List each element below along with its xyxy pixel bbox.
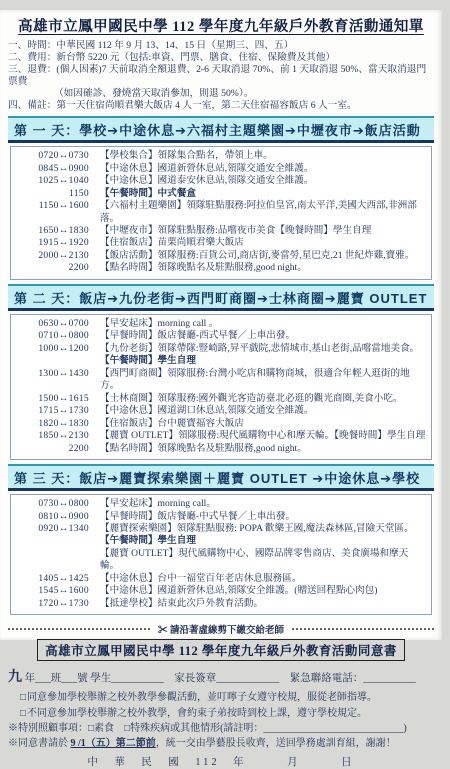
row-time: 1000↔1200 (11, 343, 89, 355)
schedule-row: 1915↔1920 【住宿飯店】苗栗尚順君樂大飯店 (11, 237, 427, 249)
row-description: 【抵達學校】結束此次戶外教育活動。 (100, 598, 427, 610)
schedule-row: 0720↔0730 【學校集合】領隊集合點名，帶領上車。 (11, 150, 427, 162)
general-notes: 一、時間：中華民國 112 年 9 月 13、14、15 日（星期三、四、五） … (8, 40, 434, 112)
schedule-row: 2200 【點名時間】領隊晚點名及駐點服務,good night。 (11, 262, 427, 274)
row-time: 1650↔1830 (11, 225, 89, 237)
note-line: （如因確診、發燒當天取消參加，則退 50%）。 (8, 88, 434, 100)
row-time: 0845↔0900 (11, 163, 89, 175)
schedule-row: 0810↔0900 【早餐時間】飯店餐廳-中式早餐／上車出發。 (11, 511, 427, 523)
row-time: 1820↔1830 (11, 418, 89, 430)
day-2-section: 第 二 天：飯店➔九份老街➔西門町商圈➔士林商圈➔麗寶 OUTLET 0630↔… (8, 284, 434, 460)
schedule-row: 2200 【點名時間】領隊晚點名及駐點服務,good night。 (11, 443, 427, 455)
row-description: 【早安起床】morning call。 (100, 498, 427, 510)
row-time: 1025↔1040 (11, 175, 89, 187)
schedule-row: 【麗寶 OUTLET】現代風購物中心、國際品牌零售商店、美食廣場和摩天輪。 (11, 548, 427, 573)
day-3-header: 第 三 天：飯店➔麗寶探索樂園＋麗寶 OUTLET ➔中途休息➔學校 (8, 464, 434, 491)
schedule-row: 【午餐時間】學生自理 (11, 355, 427, 367)
row-description: 【六福村主題樂園】領隊駐點服務:阿拉伯皇宮,南太平洋,美國大西部,非洲部落。 (100, 200, 427, 225)
row-description: 【麗寶探索樂園】領隊駐點服務: POPA 歡樂王國,魔法森林區,冒險天堂區。 (100, 523, 427, 535)
row-time: 2200 (11, 262, 89, 274)
schedule-row: 1545↔1600 【中途休息】國道新營休息站,領隊安全維護。(贈送回程點心肉包… (11, 585, 427, 597)
day-1-schedule: 0720↔0730 【學校集合】領隊集合點名，帶領上車。 0845↔0900 【… (10, 146, 432, 280)
row-time: 1300↔1430 (11, 368, 89, 393)
row-description: 【學校集合】領隊集合點名，帶領上車。 (100, 150, 427, 162)
row-description: 【中途休息】國道泰安休息站,領隊交通安全維護。 (100, 175, 427, 187)
row-description: 【中途休息】國道新營休息站,領隊交通安全維護。 (100, 163, 427, 175)
day-2-header: 第 二 天：飯店➔九份老街➔西門町商圈➔士林商圈➔麗寶 OUTLET (8, 284, 434, 311)
row-description: 【西門町商圈】領隊服務:台灣小吃店和購物商城，很適合年輕人逛街的地方。 (100, 368, 427, 393)
row-description: 【住宿飯店】台中麗寶福容大飯店 (100, 418, 427, 430)
row-description: 【住宿飯店】苗栗尚順君樂大飯店 (100, 237, 427, 249)
row-time: 0920↔1340 (11, 523, 89, 535)
schedule-row: 1025↔1040 【中途休息】國道泰安休息站,領隊交通安全維護。 (11, 175, 427, 187)
day-1-header: 第 一 天：學校➔中途休息➔六福村主題樂園➔中壢夜市➔飯店活動 (8, 116, 434, 143)
day-2-schedule: 0630↔0700 【早安起床】morning call 。 0710↔0800… (10, 314, 432, 460)
row-time (11, 548, 89, 573)
schedule-row: 1405↔1425 【中途休息】台中一福堂百年老店休息服務區。 (11, 573, 427, 585)
schedule-row: 1500↔1615 【士林商圈】領隊服務:國外觀光客造訪臺北必逛的觀光商圈,美食… (11, 393, 427, 405)
row-time: 1150↔1600 (11, 200, 89, 225)
cut-line-label: 請沿著虛線剪下繳交給老師 (170, 626, 284, 636)
row-description: 【中途休息】國道湖口休息站,領隊交通安全維護。 (100, 405, 427, 417)
schedule-row: 1850↔2130 【麗寶 OUTLET】領隊服務:現代風購物中心和摩天輪。【晚… (11, 430, 427, 442)
row-time: 0630↔0700 (11, 318, 89, 330)
row-description: 【早安起床】morning call 。 (100, 318, 427, 330)
row-description: 【早餐時間】飯店餐廳-西式早餐／上車出發。 (100, 330, 427, 342)
day-3-section: 第 三 天：飯店➔麗寶探索樂園＋麗寶 OUTLET ➔中途休息➔學校 0730↔… (8, 464, 434, 615)
schedule-row: 1650↔1830 【中壢夜市】領隊駐點服務:品嚐夜市美食【晚餐時間】學生自理 (11, 225, 427, 237)
day-3-schedule: 0730↔0800 【早安起床】morning call。 0810↔0900 … (10, 494, 432, 615)
schedule-row: 1150↔1600 【六福村主題樂園】領隊駐點服務:阿拉伯皇宮,南太平洋,美國大… (11, 200, 427, 225)
dotted-line (292, 628, 434, 630)
row-description: 【中途休息】台中一福堂百年老店休息服務區。 (100, 573, 427, 585)
row-description: 【點名時間】領隊晚點名及駐點服務,good night。 (100, 443, 427, 455)
schedule-row: 0630↔0700 【早安起床】morning call 。 (11, 318, 427, 330)
row-description: 【午餐時間】學生自理 (100, 535, 427, 547)
scissors-icon: ✂ (158, 626, 168, 636)
row-time: 2200 (11, 443, 89, 455)
row-time: 1405↔1425 (11, 573, 89, 585)
schedule-row: 0845↔0900 【中途休息】國道新營休息站,領隊交通安全維護。 (11, 163, 427, 175)
row-time (11, 355, 89, 367)
row-time: 1545↔1600 (11, 585, 89, 597)
row-time: 1715↔1730 (11, 405, 89, 417)
row-time: 1500↔1615 (11, 393, 89, 405)
row-time: 1150 (11, 188, 89, 200)
note-line: 二、費用：新台幣 5220 元（包括:車資、門票、膳食、住宿、保險費及其他） (8, 52, 434, 64)
schedule-row: 0710↔0800 【早餐時間】飯店餐廳-西式早餐／上車出發。 (11, 330, 427, 342)
row-time: 1915↔1920 (11, 237, 89, 249)
schedule-row: 2000↔2130 【飯店活動】領隊服務:百貨公司,商店街,麥當勞,星巴克,21… (11, 250, 427, 262)
schedule-row: 1000↔1200 【九份老街】領隊帶隊:豎崎路,昇平戲院,悲情城市,基山老街,… (11, 343, 427, 355)
cut-here-line: ✂ 請沿著虛線剪下繳交給老師 (8, 622, 434, 636)
row-time: 1850↔2130 (11, 430, 89, 442)
row-description: 【點名時間】領隊晚點名及駐點服務,good night。 (100, 262, 427, 274)
row-description: 【士林商圈】領隊服務:國外觀光客造訪臺北必逛的觀光商圈,美食小吃。 (100, 393, 427, 405)
row-time: 0710↔0800 (11, 330, 89, 342)
schedule-row: 1300↔1430 【西門町商圈】領隊服務:台灣小吃店和購物商城，很適合年輕人逛… (11, 368, 427, 393)
row-time: 0730↔0800 (11, 498, 89, 510)
row-description: 【飯店活動】領隊服務:百貨公司,商店街,麥當勞,星巴克,21 世紀炸雞,寶雅。 (100, 250, 427, 262)
schedule-row: 0920↔1340 【麗寶探索樂園】領隊駐點服務: POPA 歡樂王國,魔法森林… (11, 523, 427, 535)
schedule-row: 1715↔1730 【中途休息】國道湖口休息站,領隊交通安全維護。 (11, 405, 427, 417)
dotted-line (8, 628, 150, 630)
page-title: 高雄市立鳳甲國民中學 112 學年度九年級戶外教育活動通知單 (18, 15, 424, 36)
day-1-section: 第 一 天：學校➔中途休息➔六福村主題樂園➔中壢夜市➔飯店活動 0720↔073… (8, 116, 434, 280)
row-time: 1720↔1730 (11, 598, 89, 610)
row-description: 【中壢夜市】領隊駐點服務:品嚐夜市美食【晚餐時間】學生自理 (100, 225, 427, 237)
scanned-notice-document: 高雄市立鳳甲國民中學 112 學年度九年級戶外教育活動通知單 一、時間：中華民國… (0, 10, 442, 640)
row-time: 0720↔0730 (11, 150, 89, 162)
row-time: 2000↔2130 (11, 250, 89, 262)
row-description: 【午餐時間】學生自理 (100, 355, 427, 367)
row-description: 【麗寶 OUTLET】領隊服務:現代風購物中心和摩天輪。【晚餐時間】學生自理 (100, 430, 427, 442)
row-description: 【早餐時間】飯店餐廳-中式早餐／上車出發。 (100, 511, 427, 523)
row-time (11, 535, 89, 547)
schedule-row: 0730↔0800 【早安起床】morning call。 (11, 498, 427, 510)
schedule-row: 1150 【午餐時間】中式餐盒 (11, 188, 427, 200)
row-description: 【麗寶 OUTLET】現代風購物中心、國際品牌零售商店、美食廣場和摩天輪。 (100, 548, 427, 573)
row-description: 【午餐時間】中式餐盒 (100, 188, 427, 200)
note-line: 一、時間：中華民國 112 年 9 月 13、14、15 日（星期三、四、五） (8, 40, 434, 52)
row-description: 【九份老街】領隊帶隊:豎崎路,昇平戲院,悲情城市,基山老街,品嚐當地美食。 (100, 343, 427, 355)
note-line: 三、退費：(個人因素)7 天前取消全額退費、2-6 天取消退 70%、前 1 天… (8, 64, 434, 88)
schedule-row: 1820↔1830 【住宿飯店】台中麗寶福容大飯店 (11, 418, 427, 430)
schedule-row: 【午餐時間】學生自理 (11, 535, 427, 547)
row-description: 【中途休息】國道新營休息站,領隊安全維護。(贈送回程點心肉包) (100, 585, 427, 597)
row-time: 0810↔0900 (11, 511, 89, 523)
schedule-row: 1720↔1730 【抵達學校】結束此次戶外教育活動。 (11, 598, 427, 610)
note-line: 四、備註：第一天住宿尚順君樂大飯店 4 人一室，第二天住宿福容飯店 6 人一室。 (8, 100, 434, 112)
